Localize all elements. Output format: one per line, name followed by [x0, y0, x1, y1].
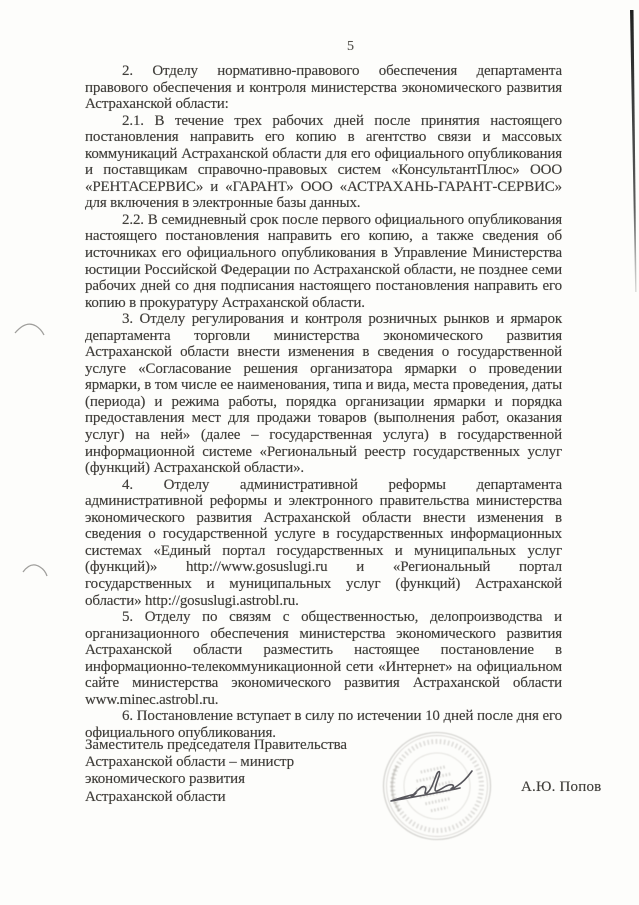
- scan-arc-mark: [12, 318, 48, 338]
- paragraph-5: 5. Отделу по связям с общественностью, д…: [85, 609, 562, 708]
- paragraph-3: 3. Отделу регулирования и контроля розни…: [85, 311, 562, 476]
- handwritten-signature: [388, 758, 484, 810]
- paragraph-2: 2. Отделу нормативно-правового обеспечен…: [85, 63, 562, 113]
- signatory-title-line: Заместитель председателя Правительства: [85, 737, 347, 754]
- signatory-title-line: экономического развития: [85, 771, 347, 788]
- scan-arc-mark: [21, 560, 53, 580]
- signatory-title-line: Астраханской области: [85, 789, 347, 806]
- signatory-title: Заместитель председателя Правительства А…: [85, 737, 347, 806]
- signatory-title-line: Астраханской области – министр: [85, 754, 347, 771]
- scanned-document-page: 5 2. Отделу нормативно-правового обеспеч…: [0, 0, 639, 905]
- signatory-name: А.Ю. Попов: [521, 779, 601, 796]
- paragraph-2-1: 2.1. В течение трех рабочих дней после п…: [85, 113, 562, 212]
- document-body: 2. Отделу нормативно-правового обеспечен…: [85, 63, 562, 741]
- page-number: 5: [347, 39, 354, 55]
- scan-edge-artifact: [626, 6, 639, 296]
- paragraph-4: 4. Отделу административной реформы депар…: [85, 477, 562, 609]
- paragraph-2-2: 2.2. В семидневный срок после первого оф…: [85, 212, 562, 311]
